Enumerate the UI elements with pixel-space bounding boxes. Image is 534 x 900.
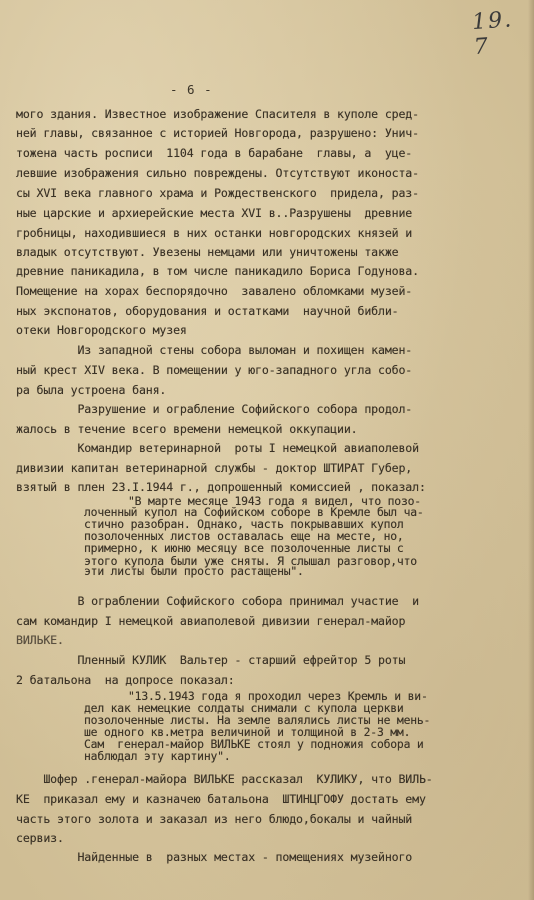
handwritten-archive-number: 19. 7 — [471, 6, 534, 60]
text-line: Помещение на хорах беспорядочно завалено… — [16, 284, 412, 298]
text-line: отеки Новгородского музея — [16, 323, 187, 337]
text-line: древние паникадила, в том числе паникади… — [16, 264, 419, 278]
text-line: левшие изображения сильно повреждены. От… — [16, 166, 419, 180]
text-line: Разрушение и ограбление Софийского собор… — [16, 402, 412, 416]
quote-line: эти листы были просто растащены". — [84, 566, 304, 577]
text-line: тожена часть росписи 1104 года в барабан… — [16, 146, 412, 160]
text-line: владык отсутствуют. Увезены немцами или … — [16, 245, 398, 259]
text-line: 2 батальона на допросе показал: — [16, 673, 235, 687]
text-line: сам командир I немецкой авиаполевой диви… — [16, 614, 405, 628]
quote-line: наблюдал эту картину". — [84, 751, 230, 762]
text-line: Пленный КУЛИК Вальтер - старший ефрейтор… — [16, 653, 405, 667]
text-line: взятый в плен 23.I.1944 г., допрошенный … — [16, 480, 426, 494]
text-line: Командир ветеринарной роты I немецкой ав… — [16, 441, 419, 455]
text-line: ных экспонатов, оборудования и остатками… — [16, 304, 398, 318]
text-line: ВИЛЬКЕ. — [16, 633, 64, 647]
page-edge-shadow — [528, 0, 534, 900]
quote-line: примерно, к июню месяцу все позолоченные… — [84, 543, 404, 554]
text-line: часть этого золота и заказал из него блю… — [16, 812, 412, 826]
page-number: - 6 - — [170, 82, 213, 97]
text-line: Найденные в разных местах - помещениях м… — [16, 850, 412, 864]
text-line: КЕ приказал ему и казначею батальона ШТИ… — [16, 792, 426, 806]
text-line: мого здания. Известное изображение Спаси… — [16, 107, 419, 121]
text-line: сы XVI века главного храма и Рождественс… — [16, 186, 419, 200]
text-line: Шофер .генерал-майора ВИЛЬКЕ рассказал К… — [16, 772, 433, 786]
text-line: гробницы, находившиеся в них останки нов… — [16, 226, 412, 240]
text-line: ней главы, связанное с историей Новгород… — [16, 126, 419, 140]
text-line: жалось в течение всего времени немецкой … — [16, 422, 358, 436]
text-line: ные царские и архиерейские места XVI в..… — [16, 206, 412, 220]
text-line: В ограблении Софийского собора принимал … — [16, 594, 419, 608]
text-line: сервиз. — [16, 831, 64, 845]
text-line: ный крест XIV века. В помещении у юго-за… — [16, 363, 412, 377]
text-line: ра была устроена баня. — [16, 383, 166, 397]
text-line: Из западной стены собора выломан и похищ… — [16, 343, 412, 357]
document-page: 19. 7 - 6 - мого здания. Известное изобр… — [0, 0, 534, 900]
text-line: дивизии капитан ветеринарной службы - до… — [16, 461, 412, 475]
